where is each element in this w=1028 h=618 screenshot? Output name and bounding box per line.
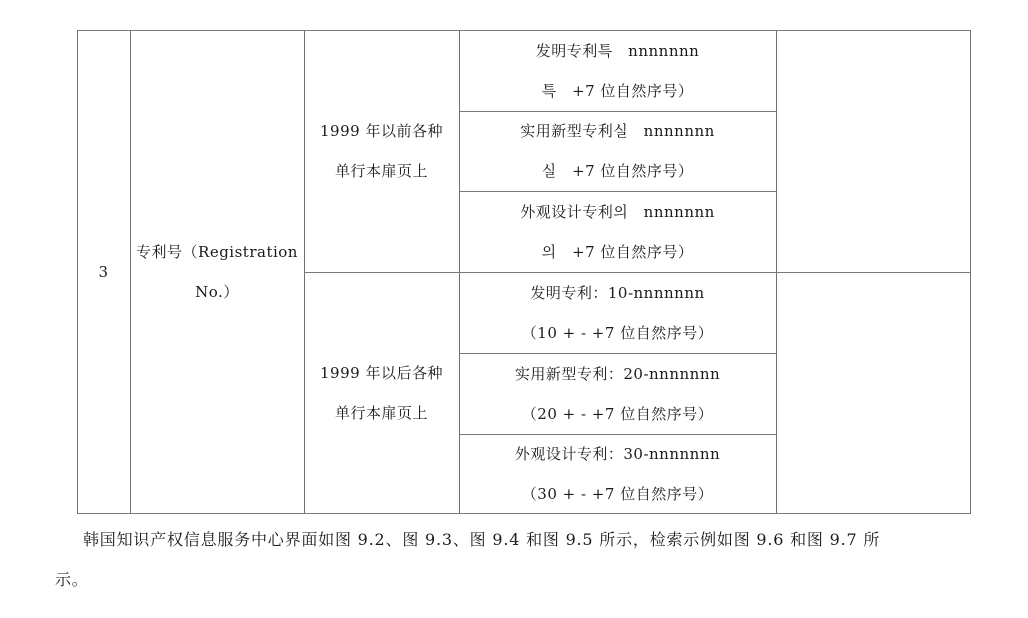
- patent-number-table: 3 专利号（Registration No.） 1999 年以前各种 单行本扉页…: [77, 30, 971, 514]
- field-name-cell: 专利号（Registration No.）: [130, 30, 304, 514]
- format-line1: 实用新型专利：20-nnnnnnn: [515, 354, 720, 394]
- format-line2: 실 +7 位自然序号）: [542, 151, 694, 191]
- format-line1: 发明专利：10-nnnnnnn: [530, 273, 704, 313]
- format-cell-design-post-1999: 外观设计专利：30-nnnnnnn （30 + - +7 位自然序号）: [459, 434, 776, 514]
- location-cell-post-1999: 1999 年以后各种 单行本扉页上: [304, 272, 459, 514]
- format-line1: 外观设计专利의 nnnnnnn: [520, 192, 715, 232]
- format-cell-utility-pre-1999: 实用新型专利실 nnnnnnn 실 +7 位自然序号）: [459, 111, 776, 191]
- paragraph-text-line1: 韩国知识产权信息服务中心界面如图 9.2、图 9.3、图 9.4 和图 9.5 …: [83, 530, 880, 549]
- location-cell-pre-1999: 1999 年以前各种 单行本扉页上: [304, 30, 459, 272]
- format-cell-invention-pre-1999: 发明专利특 nnnnnnn 특 +7 位自然序号）: [459, 30, 776, 111]
- location-line2: 单行本扉页上: [335, 393, 428, 433]
- body-paragraph: 韩国知识产权信息服务中心界面如图 9.2、图 9.3、图 9.4 和图 9.5 …: [55, 520, 1005, 600]
- format-line2: （20 + - +7 位自然序号）: [522, 394, 713, 434]
- note-cell-pre-1999: [776, 30, 970, 272]
- format-line2: （30 + - +7 位自然序号）: [522, 474, 713, 514]
- format-cell-design-pre-1999: 外观设计专利의 nnnnnnn 의 +7 位自然序号）: [459, 191, 776, 272]
- row-number: 3: [98, 252, 108, 292]
- format-line1: 实用新型专利실 nnnnnnn: [520, 111, 715, 151]
- format-line1: 发明专利특 nnnnnnn: [536, 31, 700, 71]
- format-cell-invention-post-1999: 发明专利：10-nnnnnnn （10 + - +7 位自然序号）: [459, 272, 776, 353]
- paragraph-line1: 韩国知识产权信息服务中心界面如图 9.2、图 9.3、图 9.4 和图 9.5 …: [55, 520, 1005, 560]
- field-name-line2: No.）: [195, 272, 239, 312]
- format-line2: 특 +7 位自然序号）: [542, 71, 694, 111]
- location-line1: 1999 年以前各种: [320, 111, 443, 151]
- note-cell-post-1999: [776, 272, 970, 514]
- location-line2: 单行本扉页上: [335, 151, 428, 191]
- row-number-cell: 3: [77, 30, 130, 514]
- field-name-line1: 专利号（Registration: [136, 232, 298, 272]
- format-line1: 外观设计专利：30-nnnnnnn: [515, 434, 720, 474]
- format-line2: 의 +7 位自然序号）: [542, 232, 694, 272]
- format-line2: （10 + - +7 位自然序号）: [522, 313, 713, 353]
- paragraph-line2: 示。: [55, 560, 1005, 600]
- format-cell-utility-post-1999: 实用新型专利：20-nnnnnnn （20 + - +7 位自然序号）: [459, 353, 776, 434]
- location-line1: 1999 年以后各种: [320, 353, 443, 393]
